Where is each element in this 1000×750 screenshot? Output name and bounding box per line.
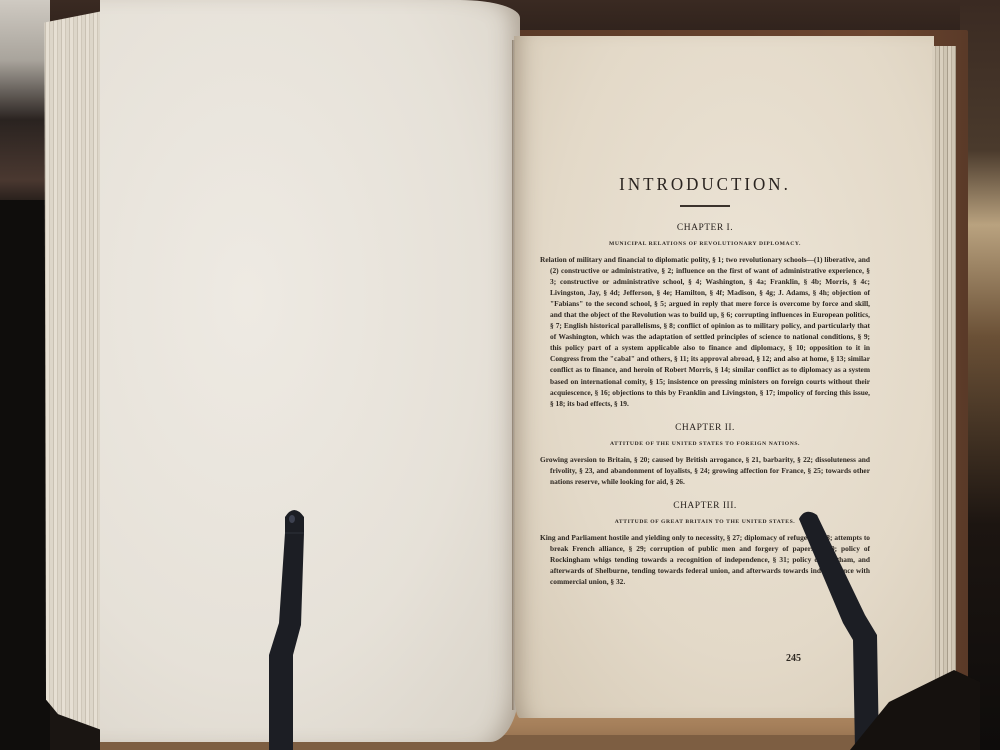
chapter-heading: CHAPTER I. xyxy=(540,223,870,233)
chapter-subtitle: MUNICIPAL RELATIONS OF REVOLUTIONARY DIP… xyxy=(540,241,870,247)
left-page-blank xyxy=(100,0,520,742)
book-gutter xyxy=(512,40,515,710)
chapter-subtitle: ATTITUDE OF THE UNITED STATES TO FOREIGN… xyxy=(540,441,870,447)
book-stand-left xyxy=(267,505,307,750)
chapter-summary: Growing aversion to Britain, § 20; cause… xyxy=(540,454,870,487)
background-left-shelf xyxy=(0,0,50,200)
chapter-summary: Relation of military and financial to di… xyxy=(540,254,870,409)
chapter-2: CHAPTER II. ATTITUDE OF THE UNITED STATE… xyxy=(540,423,870,487)
page-title: INTRODUCTION. xyxy=(540,175,870,196)
title-rule-divider xyxy=(680,205,730,207)
background-left-dark xyxy=(0,200,50,750)
chapter-1: CHAPTER I. MUNICIPAL RELATIONS OF REVOLU… xyxy=(540,223,870,409)
chapter-heading: CHAPTER II. xyxy=(540,423,870,433)
